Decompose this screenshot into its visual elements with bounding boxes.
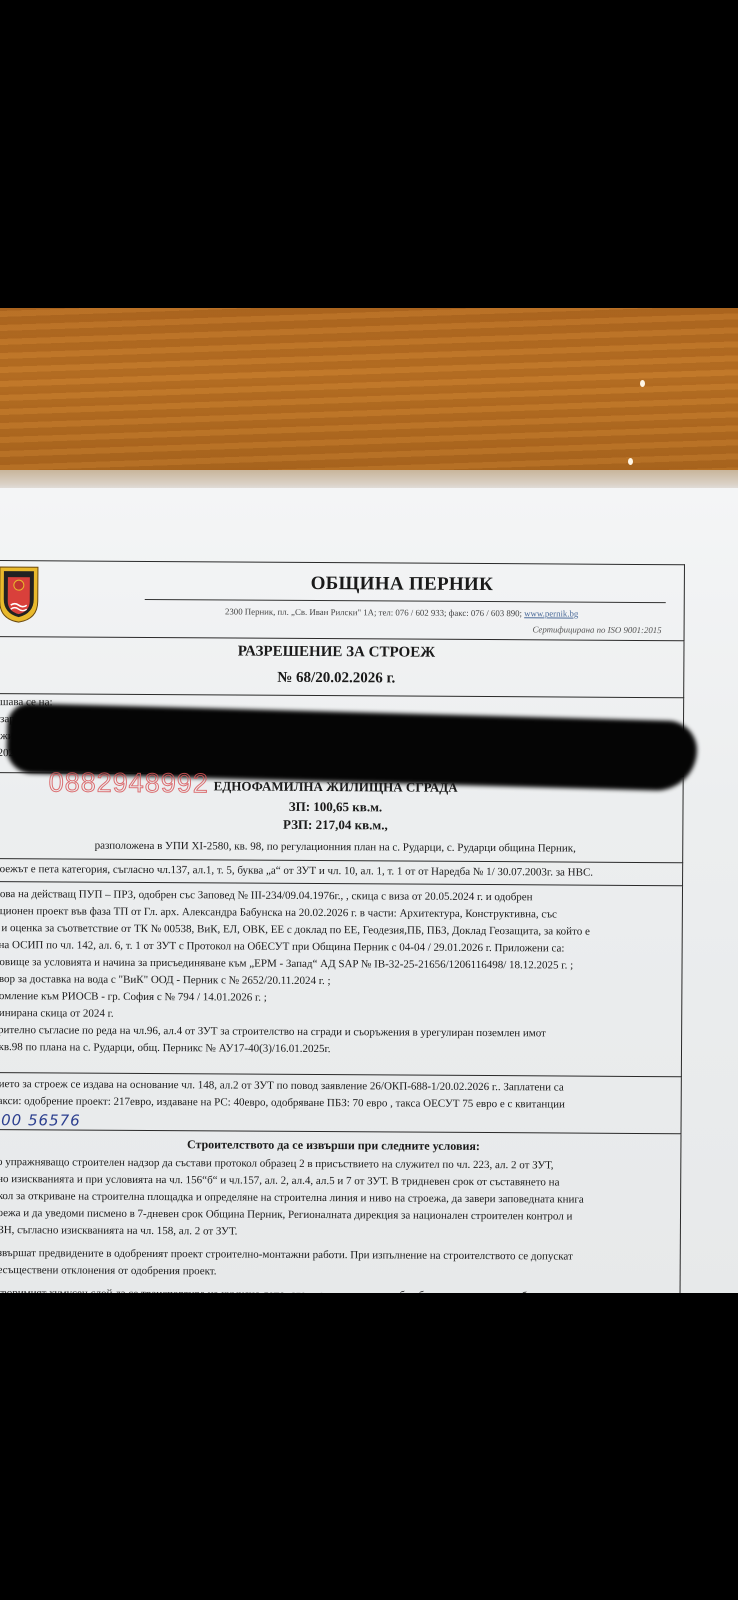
iso-certification: Сертифицирана по ISO 9001:2015	[532, 624, 661, 635]
resolution-section: ешава се на: езар [заличено] ет.9, ап.81…	[0, 694, 684, 777]
pernik-coat-of-arms-icon	[0, 563, 40, 623]
handwritten-receipt-number: 000 56576	[0, 1111, 81, 1130]
building-section: 0882948992 ЕДНОФАМИЛНА ЖИЛИЩНА СГРАДА ЗП…	[0, 773, 684, 863]
municipality-address: 2300 Перник, пл. „Св. Иван Рилски" 1А; т…	[140, 606, 664, 619]
permit-title-block: РАЗРЕШЕНИЕ ЗА СТРОЕЖ № 68/20.02.2026 г.	[0, 637, 685, 698]
building-location: разположена в УПИ XI-2580, кв. 98, по ре…	[0, 831, 682, 855]
basis-line: , кв.98 по плана на с. Рударци, общ. Пер…	[0, 1039, 681, 1060]
desk-speck	[628, 458, 633, 465]
paper-sheet: ОБЩИНА ПЕРНИК 2300 Перник, пл. „Св. Иван…	[0, 488, 738, 1293]
category-text: роежът е пета категория, съгласно чл.137…	[0, 859, 682, 884]
issue-line: такси: одобрение проект: 217евро, издава…	[0, 1093, 681, 1114]
website-link[interactable]: www.pernik.bg	[524, 608, 578, 618]
title-underline	[145, 599, 666, 603]
conditions-section: Строителството да се извърши при следнит…	[0, 1130, 682, 1293]
municipality-title: ОБЩИНА ПЕРНИК	[140, 572, 664, 597]
desk-speck	[640, 380, 645, 387]
document-photo: ОБЩИНА ПЕРНИК 2300 Перник, пл. „Св. Иван…	[0, 308, 738, 1293]
permit-number: № 68/20.02.2026 г.	[0, 659, 683, 689]
permit-document: ОБЩИНА ПЕРНИК 2300 Перник, пл. „Св. Иван…	[0, 560, 685, 1293]
address-text: 2300 Перник, пл. „Св. Иван Рилски" 1А; т…	[225, 606, 522, 618]
basis-section: нова на действащ ПУП – ПРЗ, одобрен със …	[0, 882, 683, 1077]
letterhead: ОБЩИНА ПЕРНИК 2300 Перник, пл. „Св. Иван…	[0, 560, 685, 641]
phone-watermark: 0882948992	[49, 767, 209, 799]
issue-section: нието за строеж се издава на основание ч…	[0, 1073, 682, 1134]
wood-desk-background	[0, 308, 738, 478]
